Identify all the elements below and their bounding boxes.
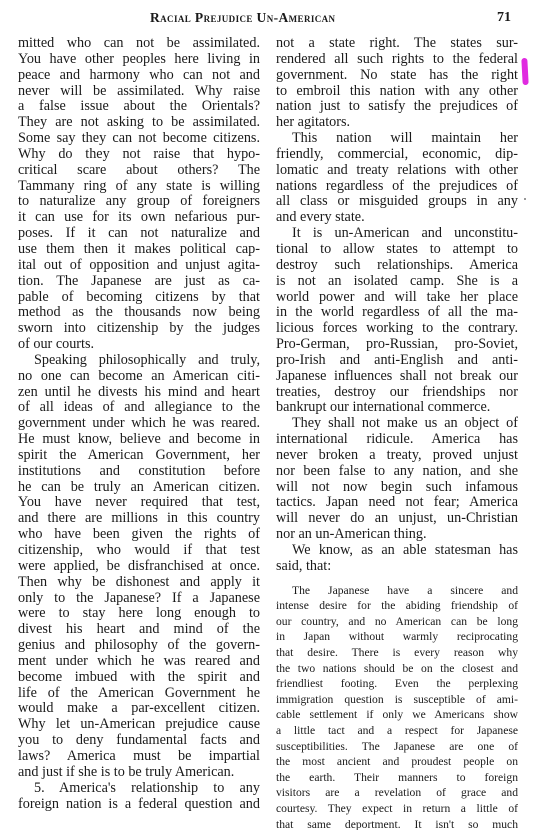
text-line: He must know, believe and become in	[18, 432, 260, 448]
text-line: They shall not make us an object of	[276, 416, 518, 432]
text-line: in Japan without warmly reciprocating	[276, 629, 518, 645]
text-line: it can use for its own nefarious pur-	[18, 210, 260, 226]
text-line: a false issue about the Orientals?	[18, 99, 260, 115]
text-line: not a state right. The states sur-	[276, 36, 518, 52]
page-number: 71	[497, 10, 511, 26]
text-line: Some say they can not become citizens.	[18, 131, 260, 147]
text-line: friendly, commercial, economic, dip-	[276, 147, 518, 163]
text-line: use them then it makes political cap-	[18, 242, 260, 258]
text-line: the two nations should be on the closest…	[276, 661, 518, 677]
text-line: pable of becoming citizens by that	[18, 290, 260, 306]
text-line: Japanese influences shall not break our	[276, 369, 518, 385]
text-line: international ridicule. America has	[276, 432, 518, 448]
text-line: in the world regardless of all the ma-	[276, 305, 518, 321]
text-line: ment under which he was reared and	[18, 654, 260, 670]
text-line: will not now begin such infamous	[276, 480, 518, 496]
text-line: They are not asking to be assimilated.	[18, 115, 260, 131]
text-line: visitors are a revelation of grace and	[276, 785, 518, 801]
text-line: treaties, destroy our friendships nor	[276, 385, 518, 401]
margin-highlight-mark	[521, 58, 528, 85]
text-line: sworn into citizenship by the judges	[18, 321, 260, 337]
text-line: intense desire for the abiding friendshi…	[276, 598, 518, 614]
text-line: to embroil this nation with any other	[276, 84, 518, 100]
text-line: were applied, be disfranchised at once.	[18, 559, 260, 575]
text-line: government. No state has the right	[276, 68, 518, 84]
text-line: no one can become an American citi-	[18, 369, 260, 385]
text-line: nor an un-American thing.	[276, 527, 518, 543]
text-line: We know, as an able statesman has	[276, 543, 518, 559]
text-line: laws? America must be impartial	[18, 749, 260, 765]
right-column-body: not a state right. The states sur-render…	[276, 36, 518, 575]
text-line: her agitators.	[276, 115, 518, 131]
text-line: institutions and constitution before	[18, 464, 260, 480]
text-line: nor been false to any nation, and she	[276, 464, 518, 480]
text-line: and just if she is to be truly American.	[18, 765, 260, 781]
text-line: Pro-German, pro-Russian, pro-Soviet,	[276, 337, 518, 353]
text-line: to naturalize any group of foreigners	[18, 194, 260, 210]
text-line: that same deportment. It isn't so much	[276, 817, 518, 830]
text-line: rendered all such rights to the federal	[276, 52, 518, 68]
text-line: were to stay here long enough to	[18, 606, 260, 622]
text-line: will never do an unjust, un-Christian	[276, 511, 518, 527]
right-column: not a state right. The states sur-render…	[276, 36, 518, 830]
text-line: foreign nation is a federal question and	[18, 797, 260, 813]
text-line: government under which he was reared.	[18, 416, 260, 432]
quote-spacer	[276, 575, 518, 583]
text-line: friendliest footing. Even the perplexing	[276, 676, 518, 692]
text-line: world power and will take her place	[276, 290, 518, 306]
text-line: a little tact and a respect for Japanese	[276, 723, 518, 739]
text-line: zen until he divests his mind and heart	[18, 385, 260, 401]
text-line: the earth. Their manners to foreign	[276, 770, 518, 786]
text-line: critical scare about others? The	[18, 163, 260, 179]
text-line: It is un-American and unconstitu-	[276, 226, 518, 242]
text-line: would make a par-excellent citizen.	[18, 701, 260, 717]
text-line: pro-Irish and anti-English and anti-	[276, 353, 518, 369]
text-line: ital out of opposition and unjust agita-	[18, 258, 260, 274]
text-line: of our courts.	[18, 337, 260, 353]
text-line: divest his heart and mind of the	[18, 622, 260, 638]
text-line: all class or misguided groups in any	[276, 194, 518, 210]
text-line: This nation will maintain her	[276, 131, 518, 147]
text-line: never broken a treaty, proved unjust	[276, 448, 518, 464]
text-line: mitted who can not be assimilated.	[18, 36, 260, 52]
text-line: only to the Japanese? If a Japanese	[18, 591, 260, 607]
text-line: Why do they not raise that hypo-	[18, 147, 260, 163]
text-line: he can be truly an American citizen.	[18, 480, 260, 496]
text-line: immigration question is susceptible of a…	[276, 692, 518, 708]
text-line: the most ancient and proudest people on	[276, 754, 518, 770]
margin-speck	[524, 198, 526, 200]
text-line: Speaking philosophically and truly,	[18, 353, 260, 369]
text-line: life of the American Government he	[18, 686, 260, 702]
text-line: genius and philosophy of the govern-	[18, 638, 260, 654]
text-line: our country, and no American can be long	[276, 614, 518, 630]
text-line: licious forces working to the contrary.	[276, 321, 518, 337]
text-line: nations regardless of the prejudices of	[276, 179, 518, 195]
text-line: of all ideas of and allegiance to the	[18, 400, 260, 416]
text-line: never will be assimilated. Why raise	[18, 84, 260, 100]
text-line: and there are millions in this country	[18, 511, 260, 527]
text-line: tactics. Japan need not fear; America	[276, 495, 518, 511]
text-line: 5. America's relationship to any	[18, 781, 260, 797]
text-line: Then why be dishonest and apply it	[18, 575, 260, 591]
text-line: you to deny fundamental facts and	[18, 733, 260, 749]
text-line: and every state.	[276, 210, 518, 226]
text-line: tional to allow states to attempt to	[276, 242, 518, 258]
left-column: mitted who can not be assimilated.You ha…	[18, 36, 260, 812]
text-line: tion. The Japanese are just as ca-	[18, 274, 260, 290]
text-line: citizenship, who would if that test	[18, 543, 260, 559]
text-line: that desire. There is every reason why	[276, 645, 518, 661]
text-line: lomatic and treaty relations with other	[276, 163, 518, 179]
text-line: Tammany ring of any state is willing	[18, 179, 260, 195]
text-line: peace and harmony who can not and	[18, 68, 260, 84]
text-line: is not an isolated camp. She is a	[276, 274, 518, 290]
block-quote: The Japanese have a sincere andintense d…	[276, 583, 518, 830]
text-line: said, that:	[276, 559, 518, 575]
running-title: Racial Prejudice Un-American	[150, 10, 335, 26]
text-line: who have been given the rights of	[18, 527, 260, 543]
text-line: poses. If it can not naturalize and	[18, 226, 260, 242]
text-line: You have other peoples here living in	[18, 52, 260, 68]
text-line: become imbued with the spirit and	[18, 670, 260, 686]
text-line: nation just to satisfy the prejudices of	[276, 99, 518, 115]
text-line: susceptibilities. The Japanese are one o…	[276, 739, 518, 755]
text-line: courtesy. They expect in return a little…	[276, 801, 518, 817]
text-line: method as the thousands now being	[18, 305, 260, 321]
text-line: spirit the American Government, her	[18, 448, 260, 464]
text-line: The Japanese have a sincere and	[276, 583, 518, 599]
text-line: destroy such relationships. America	[276, 258, 518, 274]
text-line: bankrupt our international commerce.	[276, 400, 518, 416]
text-line: cable settlement if only we Americans sh…	[276, 707, 518, 723]
text-line: Why let un-American prejudice cause	[18, 717, 260, 733]
running-head: Racial Prejudice Un-American 71	[0, 8, 556, 28]
text-line: You have never required that test,	[18, 495, 260, 511]
